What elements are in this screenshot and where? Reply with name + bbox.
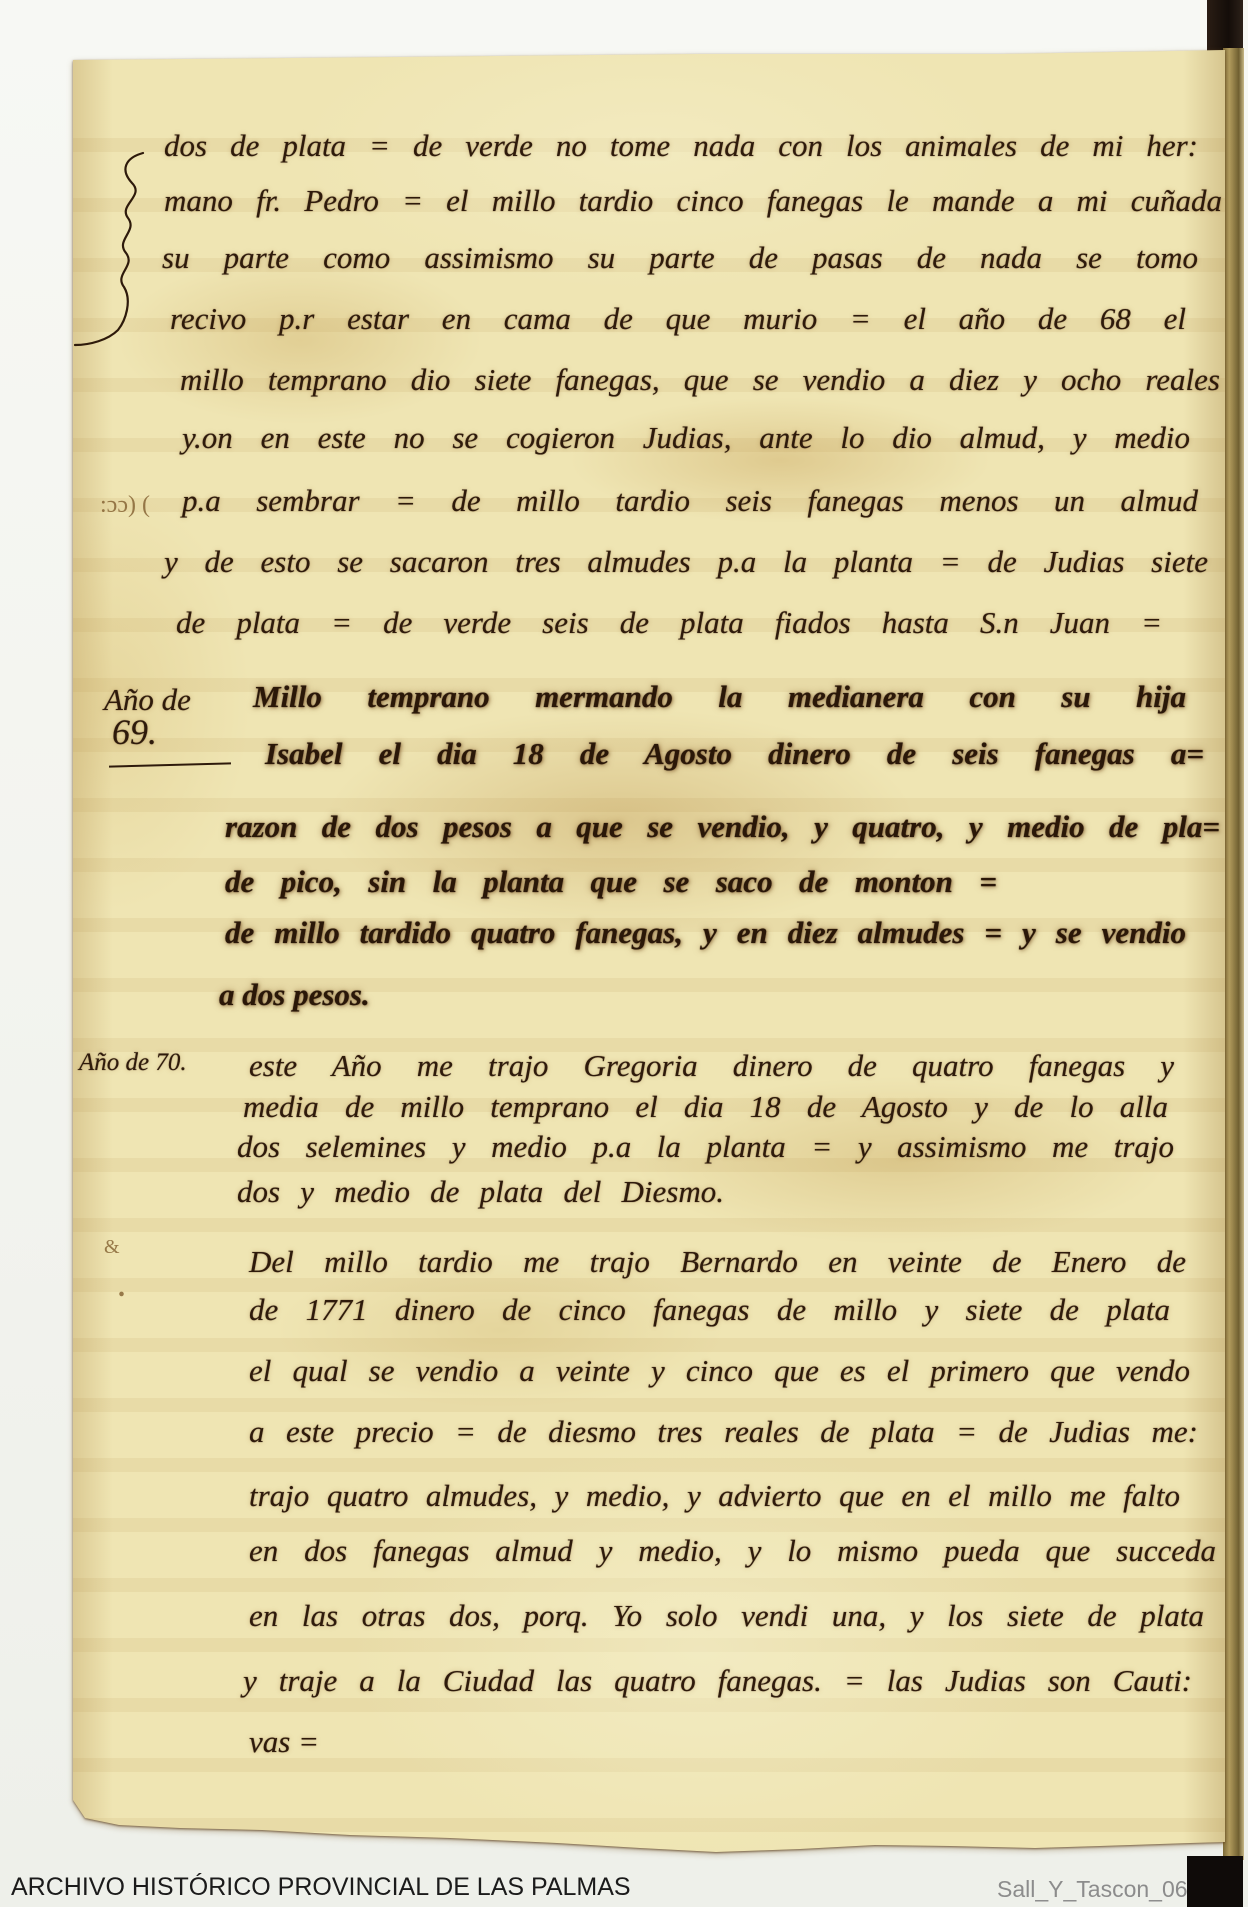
margin-year-70: Año de 70. xyxy=(79,1048,187,1078)
manuscript-line: Millo temprano mermando la medianera con… xyxy=(253,677,1186,717)
manuscript-line: razon de dos pesos a que se vendio, y qu… xyxy=(225,807,1220,847)
manuscript-line: dos de plata = de verde no tome nada con… xyxy=(164,126,1198,166)
manuscript-line: media de millo temprano el dia 18 de Ago… xyxy=(243,1087,1168,1127)
manuscript-line: y traje a la Ciudad las quatro fanegas. … xyxy=(243,1661,1192,1701)
archive-name: ARCHIVO HISTÓRICO PROVINCIAL DE LAS PALM… xyxy=(11,1875,631,1900)
reference-code: Sall_Y_Tascon_06 xyxy=(997,1877,1188,1902)
manuscript-line: de 1771 dinero de cinco fanegas de millo… xyxy=(249,1290,1170,1330)
manuscript-line: Isabel el dia 18 de Agosto dinero de sei… xyxy=(265,734,1204,774)
manuscript-line: a este precio = de diesmo tres reales de… xyxy=(249,1412,1198,1452)
manuscript-line: mano fr. Pedro = el millo tardio cinco f… xyxy=(164,181,1222,221)
manuscript-line: p.a sembrar = de millo tardio seis faneg… xyxy=(182,481,1198,521)
manuscript-line: y de esto se sacaron tres almudes p.a la… xyxy=(164,542,1208,582)
bleed-through-mark: :ɔɔ) ( xyxy=(100,492,150,519)
manuscript-line: millo temprano dio siete fanegas, que se… xyxy=(180,360,1220,400)
book-edge-bottom xyxy=(1187,1856,1243,1907)
manuscript-line: y.on en este no se cogieron Judias, ante… xyxy=(182,418,1190,458)
bleed-through-mark: & xyxy=(104,1236,120,1259)
manuscript-line: a dos pesos. xyxy=(219,975,370,1015)
manuscript-line: este Año me trajo Gregoria dinero de qua… xyxy=(249,1046,1174,1086)
manuscript-line: de plata = de verde seis de plata fiados… xyxy=(176,603,1162,643)
margin-year-69-value: 69. xyxy=(112,712,157,752)
bleed-through-mark: . xyxy=(118,1272,125,1304)
manuscript-line: vas = xyxy=(249,1722,319,1762)
manuscript-line: el qual se vendio a veinte y cinco que e… xyxy=(249,1351,1190,1391)
manuscript-line: trajo quatro almudes, y medio, y adviert… xyxy=(249,1476,1180,1516)
manuscript-line: en dos fanegas almud y medio, y lo mismo… xyxy=(249,1531,1216,1571)
manuscript-line: Del millo tardio me trajo Bernardo en ve… xyxy=(249,1242,1186,1282)
manuscript-line: dos selemines y medio p.a la planta = y … xyxy=(237,1127,1174,1167)
manuscript-line: dos y medio de plata del Diesmo. xyxy=(237,1172,724,1212)
manuscript-line: su parte como assimismo su parte de pasa… xyxy=(162,238,1198,278)
manuscript-line: recivo p.r estar en cama de que murio = … xyxy=(170,299,1186,339)
manuscript-line: de millo tardido quatro fanegas, y en di… xyxy=(225,913,1186,953)
manuscript-line: en las otras dos, porq. Yo solo vendi un… xyxy=(249,1596,1204,1636)
manuscript-line: de pico, sin la planta que se saco de mo… xyxy=(225,862,997,902)
